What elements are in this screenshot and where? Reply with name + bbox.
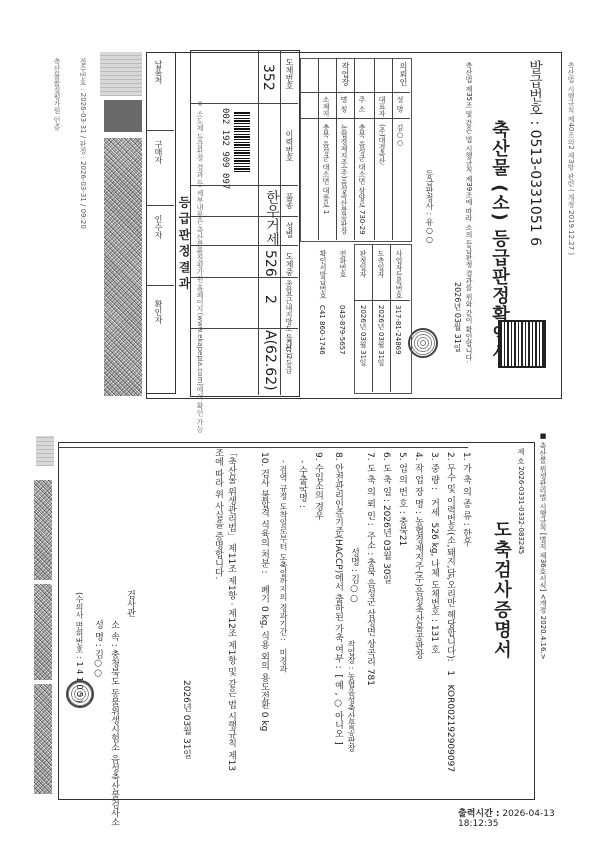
item-6: 6. 도 축 일 : 2026년 03월 30일 xyxy=(380,452,393,583)
info-value: (주)대경축산 xyxy=(377,124,387,164)
issue-number-label: 발급번호 : xyxy=(527,60,543,125)
info-label: 대표자 xyxy=(377,96,387,117)
stamp-label: 구매자 xyxy=(153,140,164,164)
security-pattern xyxy=(34,480,52,580)
item-3: 3. 중 량 : 거세 526 kg, 나체 도체번호 : 131 호 xyxy=(428,452,441,654)
breed: 한우 xyxy=(262,190,282,218)
sex-label: 성별 xyxy=(284,222,295,238)
security-pattern xyxy=(34,684,52,794)
extra-label: 도축일자 xyxy=(376,250,386,278)
statement: 「축산물 위생관리법」 제11조 제1항 · 제12조 제1항 및 같은 법 시… xyxy=(212,448,238,778)
extra-label: 사업자등록번호 xyxy=(394,250,404,299)
doc-number: 2026-0331-0332-083245 xyxy=(517,466,525,554)
trace-label: 이력번호 xyxy=(284,130,295,162)
weight: 526 xyxy=(262,250,278,277)
print-time-row: 출력시간 : 2026-04-13 18:12:35 xyxy=(458,806,595,829)
info-group-buyer: 작업장 xyxy=(340,62,351,86)
sex: 거세 xyxy=(262,218,282,246)
trace-no: 002 192 909 097 xyxy=(220,108,230,189)
extra-value: 317-81-24869 xyxy=(394,305,402,355)
form-note: ■ 축산물 위생관리법 시행규칙 [별지 제36호서식] <개정 2020.4.… xyxy=(538,432,548,660)
issue-number: 0513-0331051 6 xyxy=(527,130,543,246)
extra-value: 2026년 03월 31일 xyxy=(376,305,386,366)
doc-number-label: 제 호 xyxy=(517,448,525,464)
issue-number-row: 발급번호 : 0513-0331051 6 xyxy=(525,60,545,246)
breed-label: 품종 xyxy=(284,193,295,209)
item-8-site: 작업장 : 농협음성축산물공판장 xyxy=(346,640,357,752)
grade-seal-icon xyxy=(408,328,438,358)
item-2: 2. 두수 및 이력번호(소,돼지,닭,오리만 해당합니다): 1 KOR002… xyxy=(444,452,457,772)
item-9-period: - 검역 규정 도착일로부터 도축일까지의 경과기간 : 미경과 xyxy=(278,460,289,672)
info-value: 충북 음성군 대소면 대풍로 1 xyxy=(321,124,331,214)
bottom-notice: 축산물품질평가원 인증 xyxy=(52,58,62,130)
info-table xyxy=(300,58,412,242)
extra-label: 확인서발급번호 xyxy=(318,250,328,299)
barcode xyxy=(234,112,250,172)
item-5: 5. 업 의 번 호 : 충북21 xyxy=(396,452,409,546)
item-7: 7. 도 축 의 뢰 인 : 주소 : 충북 음성군 삼성면 상곡리 781 xyxy=(364,452,377,686)
security-block xyxy=(104,100,142,132)
item-1: 1. 가 축 의 종 류 : 한우 xyxy=(460,452,473,547)
form-side-note: 축산법 시행규칙 제40조의2 제3항 관련 ( 개정 2019.12.27 ) xyxy=(566,62,576,255)
info-value: 김○○ xyxy=(395,124,405,147)
doc-number-row: 제 호 2026-0331-0332-083245 xyxy=(516,448,526,554)
extra-value: 2026년 03월 31일 xyxy=(358,305,368,366)
stamp-label: 납품처 xyxy=(153,60,164,84)
info-label: 명 칭 xyxy=(339,96,349,112)
grade-date: 2026년 03월 31일 xyxy=(452,282,463,352)
info-label: 소재지 xyxy=(321,96,331,117)
office-row: 소 속 : 충청북도 동물위생시험소 음성축산물검사소 xyxy=(108,620,121,826)
print-time-label: 출력시간 : xyxy=(458,809,500,819)
extra-label: 전화번호 xyxy=(338,250,348,278)
inspector-label: 검사관 xyxy=(124,590,137,617)
item-8: 8. 안전관리인증기준(HACCP)에서 출하된 가축 여부 : [ 예 , ○… xyxy=(332,452,345,745)
grade-notice: ※ 소도체 등급판정 결과 등 세부내용은 축산물품질평가원 홈페이지(www.… xyxy=(195,100,205,432)
stamp-label: 인수자 xyxy=(153,215,164,239)
extra-value: C41 860-1746 xyxy=(318,305,326,355)
item-10: 10. 검사 불합격 식육의 처분 : 폐기 0 kg, 식용 외의 용도전환 … xyxy=(258,452,271,731)
security-pattern xyxy=(34,584,52,680)
footer-info: 접수번호 : 2026-03-31 / 판정 : 2026-03-31 / 09… xyxy=(78,58,88,229)
stamp-label: 확인자 xyxy=(153,300,164,324)
grade: 2 xyxy=(262,295,278,304)
item-4: 4. 작 업 장 명 : 농협경제지주(주)음성축산물공판장 xyxy=(412,452,425,659)
logo-block xyxy=(36,436,54,466)
item-7-name: 성명 : 김○○ xyxy=(348,548,361,604)
confirm-text: 축산법 제35조 및 같은 법 시행규칙 제39조에 따라 소의 등급판정 결과… xyxy=(464,62,474,363)
info-value: 충북 음성군 대소면 삼양로 730-29 xyxy=(357,124,367,235)
slaughter-title: 도축검사증명서 xyxy=(488,520,514,660)
license-row: (수의사 면허번호 : 1 4 1 0 5 ) xyxy=(74,592,85,703)
info-label: 성 명 xyxy=(395,96,405,112)
security-pattern xyxy=(104,138,142,396)
slaughter-date: 2026년 03월 31일 xyxy=(180,680,193,759)
watermark-block xyxy=(100,52,142,96)
yield-grade: A(62.62) xyxy=(262,330,278,391)
info-value: 농협경제지주(주)음성축산물공판장 xyxy=(339,124,349,234)
item-9: 9. 수입소의 경우 xyxy=(312,452,325,520)
info-group-seller: 의뢰인 xyxy=(398,62,409,86)
carcass-no-label: 도체번호 xyxy=(284,58,295,90)
grade-footer-grade: 등급 : 2등급 xyxy=(284,334,294,373)
extra-label: 판정일자 xyxy=(358,250,368,278)
carcass-no: 352 xyxy=(260,64,276,91)
extra-value: 043-879-5657 xyxy=(338,305,346,355)
info-label: 주 소 xyxy=(357,96,367,112)
name-row: 성 명 : 김○○ xyxy=(92,620,105,679)
grade-inspector: 등급판정사 : 유○○ xyxy=(424,170,435,244)
item-9-country: - 수출국명 : xyxy=(296,460,309,508)
weight-label: 도체중 xyxy=(284,252,295,276)
qr-code[interactable] xyxy=(498,320,546,368)
divider xyxy=(58,447,468,448)
grade-result-heading: 등 급 판 정 결 과 xyxy=(176,196,193,289)
